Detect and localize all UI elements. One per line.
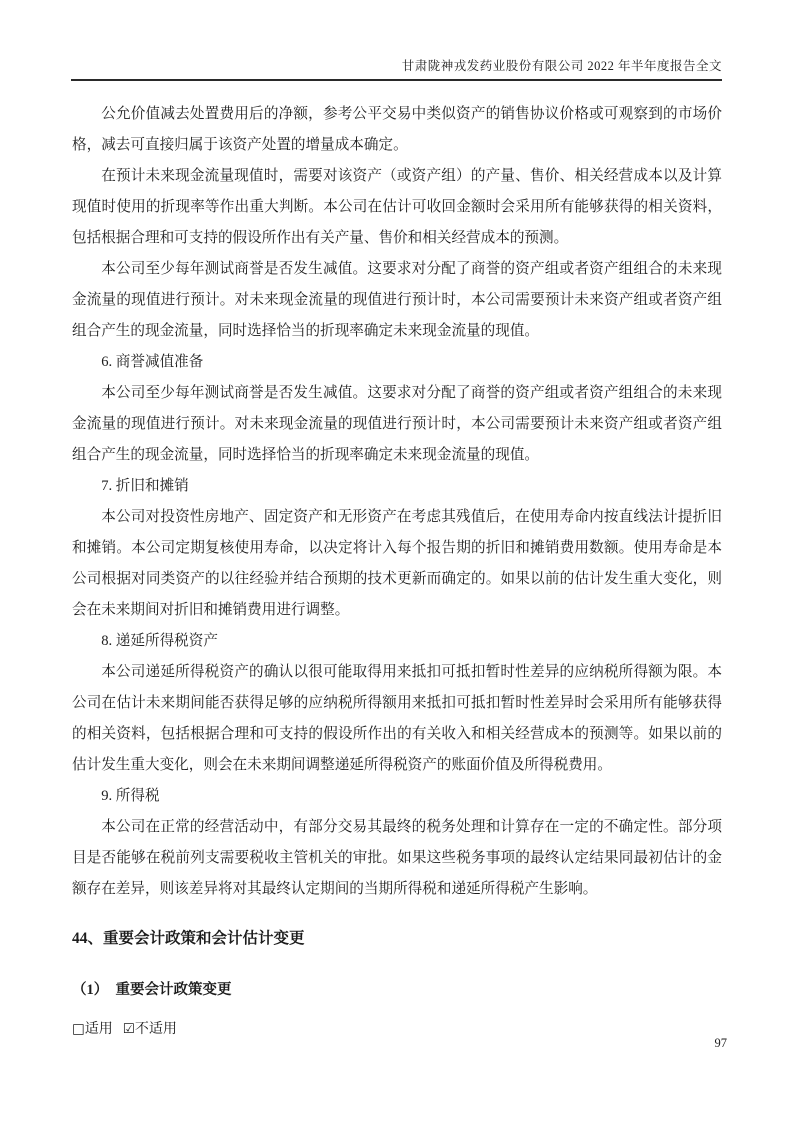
heading-6-goodwill-impairment: 6. 商誉减值准备	[72, 347, 722, 378]
paragraph-goodwill-test-2: 本公司至少每年测试商誉是否发生减值。这要求对分配了商誉的资产组或者资产组组合的未…	[72, 378, 722, 471]
applicability-row: □适用☑不适用	[72, 1014, 722, 1045]
page-header: 甘肃陇神戎发药业股份有限公司 2022 年半年度报告全文	[71, 0, 722, 81]
heading-7-depreciation-amortization: 7. 折旧和摊销	[72, 471, 722, 502]
applicable-option: □适用	[72, 1021, 113, 1037]
applicable-label: 适用	[85, 1022, 113, 1037]
checked-checkbox-icon: ☑	[123, 1021, 135, 1037]
document-page: 甘肃陇神戎发药业股份有限公司 2022 年半年度报告全文 公允价值减去处置费用后…	[0, 0, 793, 1122]
heading-9-income-tax: 9. 所得税	[72, 781, 722, 812]
not-applicable-option: ☑不适用	[123, 1021, 177, 1037]
document-body: 公允价值减去处置费用后的净额，参考公平交易中类似资产的销售协议价格或可观察到的市…	[72, 99, 722, 1045]
paragraph-fair-value: 公允价值减去处置费用后的净额，参考公平交易中类似资产的销售协议价格或可观察到的市…	[72, 99, 722, 161]
paragraph-depreciation: 本公司对投资性房地产、固定资产和无形资产在考虑其残值后，在使用寿命内按直线法计提…	[72, 502, 722, 626]
heading-8-deferred-tax-assets: 8. 递延所得税资产	[72, 626, 722, 657]
page-number: 97	[715, 1036, 728, 1051]
heading-44-1-policy-change: （1） 重要会计政策变更	[72, 975, 722, 1006]
paragraph-income-tax: 本公司在正常的经营活动中，有部分交易其最终的税务处理和计算存在一定的不确定性。部…	[72, 812, 722, 905]
heading-44-accounting-policy-changes: 44、重要会计政策和会计估计变更	[72, 921, 722, 957]
paragraph-goodwill-test-1: 本公司至少每年测试商誉是否发生减值。这要求对分配了商誉的资产组或者资产组组合的未…	[72, 254, 722, 347]
not-applicable-label: 不适用	[135, 1022, 177, 1037]
paragraph-cash-flow-estimate: 在预计未来现金流量现值时，需要对该资产（或资产组）的产量、售价、相关经营成本以及…	[72, 161, 722, 254]
paragraph-deferred-tax: 本公司递延所得税资产的确认以很可能取得用来抵扣可抵扣暂时性差异的应纳税所得额为限…	[72, 657, 722, 781]
unchecked-checkbox-icon: □	[72, 1021, 85, 1037]
report-title: 甘肃陇神戎发药业股份有限公司 2022 年半年度报告全文	[402, 59, 722, 73]
